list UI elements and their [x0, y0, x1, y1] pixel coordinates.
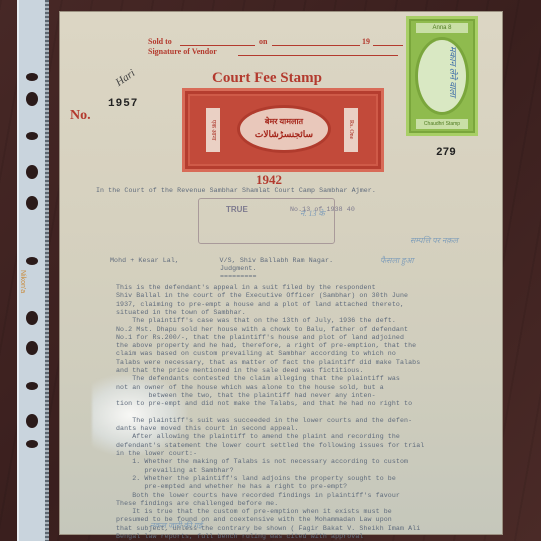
punch-hole [26, 196, 38, 210]
sold-to-label: Sold to [148, 37, 172, 46]
judgment-line: Bengal law reports, full bench ruling wa… [116, 532, 363, 541]
punch-hole [26, 341, 38, 355]
stamp-hindi-text: बेमर यामलात [240, 116, 328, 127]
punch-hole [26, 257, 38, 265]
year-rule [373, 45, 403, 46]
punch-hole [26, 440, 38, 448]
stamp-side-panel-right: Rs. One [344, 108, 358, 152]
punch-hole [26, 132, 38, 140]
revenue-stamp: Anna 8 मकान लेने वाला Chaudhri Stamp [406, 16, 478, 136]
handwritten-note: सम्पत्ति पर नक़ल [410, 235, 458, 246]
judgment-underline: ========= [220, 272, 257, 281]
on-label: on [259, 37, 267, 46]
year-prefix-label: 19 [362, 37, 370, 46]
stamp-oval: बेमर यामलात سائجنسڑشالات [240, 108, 328, 150]
sold-to-rule [180, 45, 255, 46]
punch-hole [26, 382, 38, 390]
punch-hole [26, 92, 38, 106]
punch-hole [26, 414, 38, 428]
revenue-stamp-top-label: Anna 8 [416, 23, 468, 33]
court-heading-line: In the Court of the Revenue Sambhar Sham… [96, 186, 376, 195]
revenue-stamp-bottom-label: Chaudhri Stamp [416, 119, 468, 129]
stamp-side-panel-left: एक आना [206, 108, 220, 152]
stamp-serial-number: 1957 [108, 98, 138, 110]
signature-rule [238, 55, 398, 56]
true-copy-date: No.13 of 1938 40 [290, 205, 355, 214]
revenue-stamp-serial: 279 [436, 147, 456, 159]
cancellation-scrawl: मकान लेने वाला [424, 46, 460, 104]
punch-hole [26, 311, 38, 325]
court-fee-stamp-title: Court Fee Stamp [212, 70, 322, 87]
number-label: No. [70, 108, 91, 124]
sleeve-brand-label: Nikon'a [19, 270, 26, 293]
stamp-urdu-text: سائجنسڑشالات [240, 129, 328, 140]
sleeve-perforated-edge [45, 0, 49, 541]
signature-of-vendor-label: Signature of Vendor [148, 47, 217, 56]
on-rule [272, 45, 360, 46]
court-fee-stamp-impression: एक आना बेमर यामलात سائجنسڑشالات Rs. One [182, 88, 384, 172]
handwritten-note: फैसला हुआ [380, 255, 414, 266]
true-copy-label: TRUE [226, 205, 248, 214]
judgment-line: tion to pre-empt and did not make the Ta… [116, 399, 412, 408]
punch-hole [26, 165, 38, 179]
punch-hole [26, 73, 38, 81]
